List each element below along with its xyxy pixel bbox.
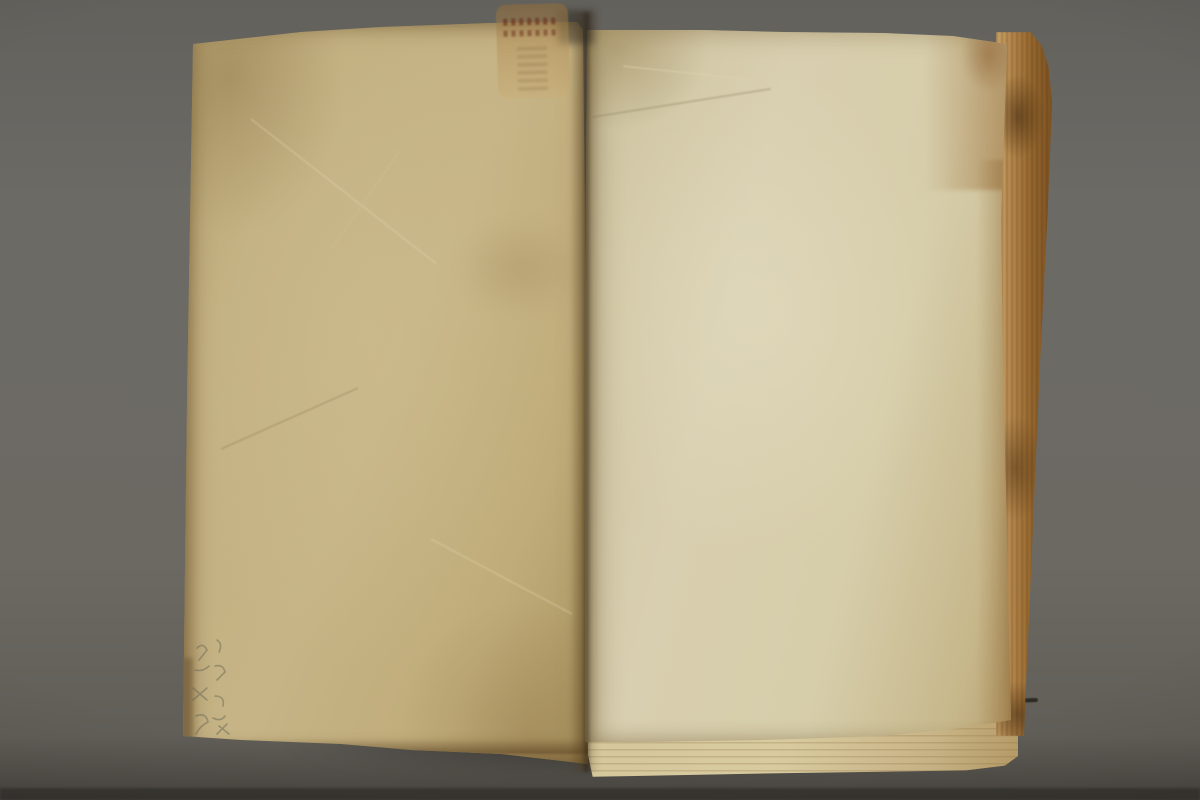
stamp-marks (503, 17, 559, 25)
right-page-printed (583, 20, 1015, 748)
gutter-shadow (570, 12, 600, 772)
left-page-blank (181, 18, 591, 768)
stamp-marks (503, 29, 559, 36)
paper-crease (250, 118, 436, 264)
paper-crease (593, 88, 771, 118)
faded-label-text (517, 46, 548, 91)
paper-crease (623, 65, 752, 80)
paper-crease (221, 387, 359, 449)
paper-crease (431, 538, 573, 615)
paper-label-sticker (496, 3, 570, 99)
book-photograph: 色白者血虛色紫者血熱宜涼血解毒以保元氣也 凡看痘之法先辨虛實寒熱而後可以用藥施治… (0, 0, 1200, 800)
paper-crease (330, 150, 400, 249)
backdrop-edge-shadow (0, 788, 1200, 800)
